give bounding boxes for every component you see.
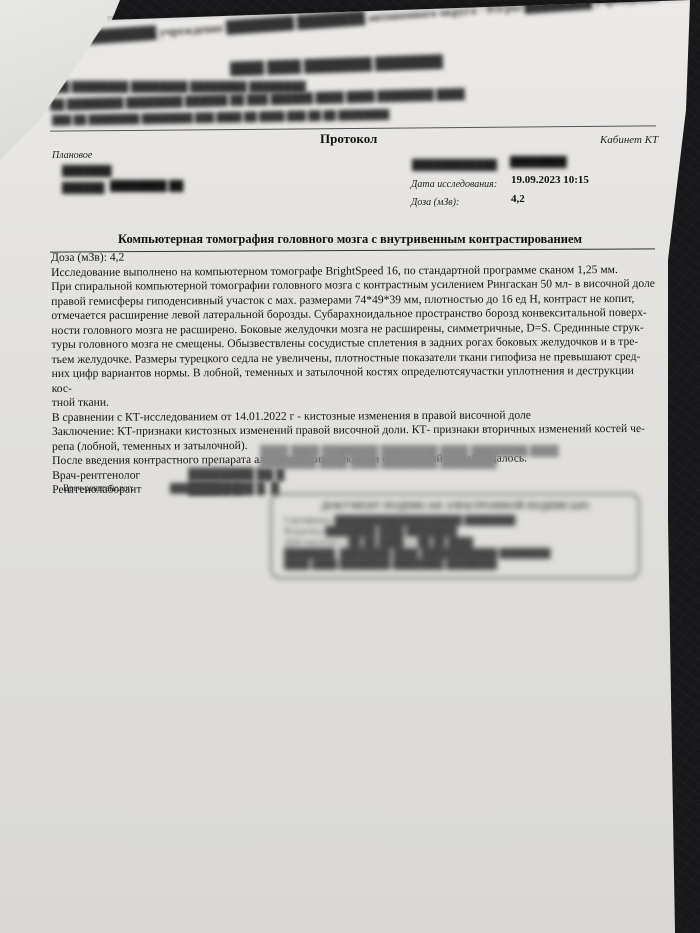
- institution-header-line2: ████ ████ ████████ ████████: [230, 54, 443, 76]
- signature-role: Врач-рентгенолог: [52, 468, 170, 483]
- left-meta-label-1: ███████: [62, 166, 112, 177]
- study-date-value: 19.09.2023 10:15: [511, 174, 589, 186]
- faint-stamp-line: ████████ ████ ████ ████████ ████████: [260, 458, 580, 470]
- stamp-line: ████ ████ ████████ ████████ ████████: [284, 559, 626, 570]
- patient-info-line2: ███ ██ ████████ ████████ ███ ████ ██ ███…: [52, 109, 389, 125]
- stamp-line: Действителен: с ██.██.████ по ██.██.████: [284, 537, 626, 548]
- dose-value: 4,2: [511, 193, 525, 205]
- footer-signature-role: Врач-рентгенолог:: [63, 483, 134, 493]
- footer-signature-name: ████████ █. █: [170, 483, 241, 493]
- left-meta-label-2: ██████: [62, 183, 105, 194]
- priority-label: Плановое: [52, 150, 92, 161]
- document-page: ████████ учреждение ████████ ████████ ав…: [0, 0, 700, 933]
- faint-stamp-text: ████ ████ ████████ ████████ ████ ███████…: [260, 446, 580, 470]
- protocol-title: Протокол: [320, 131, 377, 147]
- faint-stamp-line: ████ ████ ████████ ████████ ████ ███████…: [260, 446, 580, 458]
- dose-label: Доза (мЗв):: [411, 197, 459, 208]
- stamp-line: ████████: ████████ ████ ████████████ ███…: [284, 548, 626, 559]
- left-meta-value-2: ████████ ██: [110, 181, 183, 192]
- stamp-title: ДОКУМЕНТ ПОДПИСАН ЭЛЕКТРОННОЙ ПОДПИСЬЮ: [284, 501, 626, 512]
- stamp-line: Владелец: ████████ ████ ████████: [284, 526, 626, 537]
- stamp-line: Сертификат: ████████████████████ ███████…: [284, 515, 626, 526]
- patient-line: ██ ████████ ████████ ████████ ████████: [55, 82, 306, 93]
- right-meta-label-1: ████████████: [412, 160, 497, 171]
- report-line: них цифр вариантов нормы. В лобной, теме…: [52, 364, 657, 396]
- study-title: Компьютерная томография головного мозга …: [118, 232, 582, 247]
- electronic-signature-stamp: ДОКУМЕНТ ПОДПИСАН ЭЛЕКТРОННОЙ ПОДПИСЬЮ С…: [270, 493, 640, 579]
- right-meta-value-1: ████████: [510, 157, 567, 168]
- study-date-label: Дата исследования:: [411, 179, 497, 190]
- cabinet-label: Кабинет КТ: [600, 134, 658, 146]
